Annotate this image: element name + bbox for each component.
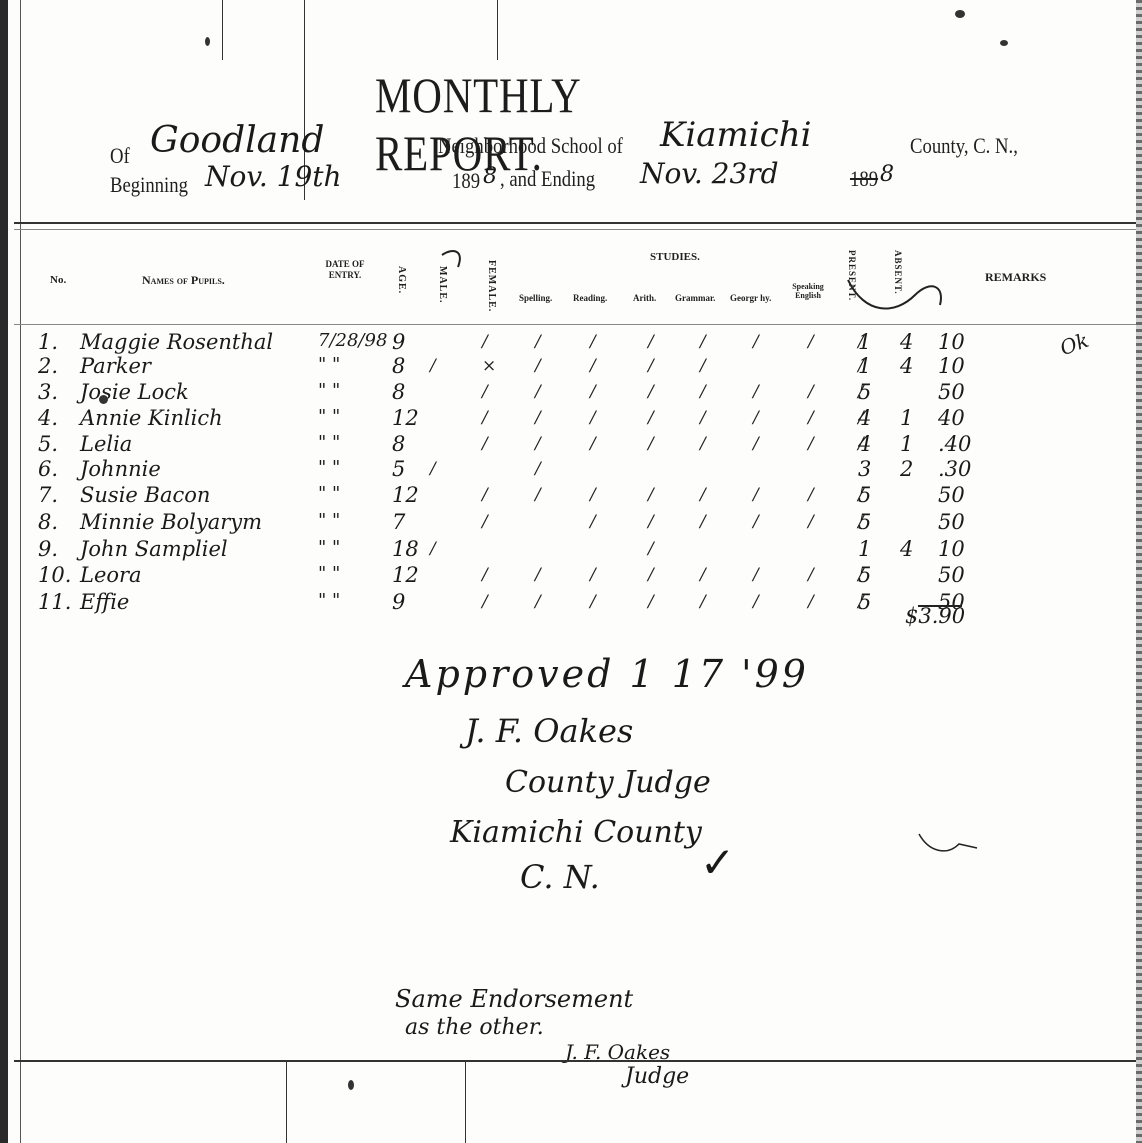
study-mark: / xyxy=(700,356,706,376)
study-mark: / xyxy=(648,382,654,402)
days-present: 1 xyxy=(858,537,871,561)
year-prefix-2: 189 xyxy=(850,166,878,192)
days-absent: 2 xyxy=(900,457,913,481)
year-digit-2: 8 xyxy=(880,162,894,187)
age: 5 xyxy=(392,457,405,481)
study-mark: / xyxy=(590,332,596,352)
page-border-left xyxy=(20,0,21,1143)
study-mark: / xyxy=(535,459,541,479)
study-mark: / xyxy=(753,382,759,402)
scan-speck xyxy=(955,10,965,18)
female-mark: / xyxy=(482,408,488,428)
study-mark: / xyxy=(700,512,706,532)
col-age: AGE. xyxy=(396,266,407,294)
female-mark: / xyxy=(482,434,488,454)
date-of-entry: " " xyxy=(318,457,340,478)
study-mark: / xyxy=(808,434,814,454)
scan-edge-left xyxy=(0,0,8,1143)
remarks-side-mark: Ok xyxy=(1057,328,1092,360)
ending-label: , and Ending xyxy=(500,166,595,192)
row-number: 6. xyxy=(38,457,58,481)
study-mark: / xyxy=(648,592,654,612)
study-mark: / xyxy=(648,332,654,352)
study-mark: / xyxy=(535,434,541,454)
handdrawn-mark-icon xyxy=(915,830,985,860)
study-mark: / xyxy=(648,408,654,428)
date-of-entry: " " xyxy=(318,380,340,401)
rule xyxy=(465,1060,466,1143)
remarks-amount: 50 xyxy=(938,483,965,507)
age: 12 xyxy=(392,563,419,587)
study-mark: / xyxy=(590,434,596,454)
days-present: 5 xyxy=(858,563,871,587)
scan-speck xyxy=(348,1080,354,1090)
study-mark: / xyxy=(808,592,814,612)
pupil-name: Lelia xyxy=(80,432,132,456)
endorsement-line-2: as the other. xyxy=(405,1015,544,1040)
date-of-entry: " " xyxy=(318,432,340,453)
age: 8 xyxy=(392,380,405,404)
handdrawn-curve-icon xyxy=(840,270,950,320)
county-name: Kiamichi xyxy=(660,115,811,155)
study-mark: / xyxy=(590,485,596,505)
scan-speck xyxy=(1000,40,1008,46)
female-mark: / xyxy=(482,565,488,585)
study-mark: / xyxy=(700,485,706,505)
study-mark: / xyxy=(590,512,596,532)
days-present: 1 xyxy=(858,330,871,354)
endorsement-line-1: Same Endorsement xyxy=(395,985,633,1013)
row-number: 4. xyxy=(38,406,58,430)
male-mark: / xyxy=(430,539,436,559)
pupil-name: Minnie Bolyarym xyxy=(80,510,262,534)
study-mark: / xyxy=(700,592,706,612)
age: 12 xyxy=(392,483,419,507)
remarks-amount: 40 xyxy=(938,406,965,430)
study-mark: / xyxy=(590,592,596,612)
remarks-amount: 50 xyxy=(938,380,965,404)
date-of-entry: " " xyxy=(318,406,340,427)
row-number: 5. xyxy=(38,432,58,456)
male-mark: / xyxy=(430,356,436,376)
col-geography: Georgr hy. xyxy=(730,293,771,303)
days-absent: 4 xyxy=(900,354,913,378)
days-present: 4 xyxy=(858,406,871,430)
study-mark: / xyxy=(648,512,654,532)
col-spelling: Spelling. xyxy=(519,293,552,303)
remarks-amount: .40 xyxy=(938,432,971,456)
female-mark: / xyxy=(482,332,488,352)
female-mark: / xyxy=(482,382,488,402)
study-mark: / xyxy=(808,408,814,428)
pupil-name: Annie Kinlich xyxy=(80,406,223,430)
approval-signature: J. F. Oakes xyxy=(465,712,633,750)
study-mark: / xyxy=(700,332,706,352)
days-absent: 1 xyxy=(900,432,913,456)
age: 12 xyxy=(392,406,419,430)
school-name: Goodland xyxy=(150,120,324,161)
days-absent: 4 xyxy=(900,330,913,354)
date-of-entry: " " xyxy=(318,510,340,531)
study-mark: / xyxy=(535,565,541,585)
study-mark: / xyxy=(535,356,541,376)
days-present: 4 xyxy=(858,432,871,456)
days-absent: 1 xyxy=(900,406,913,430)
row-number: 8. xyxy=(38,510,58,534)
date-of-entry: " " xyxy=(318,354,340,375)
remarks-amount: 10 xyxy=(938,354,965,378)
pupil-name: Susie Bacon xyxy=(80,483,210,507)
pupil-name: John Sampliel xyxy=(80,537,228,561)
study-mark: / xyxy=(753,512,759,532)
footer-rule xyxy=(14,1060,1136,1062)
rule xyxy=(286,1060,287,1143)
male-mark: / xyxy=(430,459,436,479)
study-mark: / xyxy=(753,565,759,585)
pupil-name: Effie xyxy=(80,590,129,614)
study-mark: / xyxy=(535,485,541,505)
approved-line: Approved 1 17 '99 xyxy=(405,652,809,696)
study-mark: / xyxy=(700,565,706,585)
age: 18 xyxy=(392,537,419,561)
study-mark: / xyxy=(700,382,706,402)
pupil-name: Josie Lock xyxy=(80,380,189,404)
row-number: 2. xyxy=(38,354,58,378)
row-number: 1. xyxy=(38,330,58,354)
age: 7 xyxy=(392,510,405,534)
age: 9 xyxy=(392,590,405,614)
rule xyxy=(222,0,223,60)
study-mark: / xyxy=(753,332,759,352)
of-label: Of xyxy=(110,143,130,169)
remarks-total: $3.90 xyxy=(905,604,965,628)
col-arith: Arith. xyxy=(633,293,656,303)
remarks-amount: .30 xyxy=(938,457,971,481)
rule xyxy=(497,0,498,60)
study-mark: / xyxy=(535,592,541,612)
col-names: Names of Pupils. xyxy=(142,273,225,288)
days-present: 5 xyxy=(858,380,871,404)
pupil-name: Maggie Rosenthal xyxy=(80,330,273,354)
study-mark: / xyxy=(753,434,759,454)
date-of-entry: " " xyxy=(318,563,340,584)
table-top-rule xyxy=(14,222,1136,224)
header-bottom-rule xyxy=(14,324,1136,325)
study-mark: / xyxy=(648,565,654,585)
pupil-name: Parker xyxy=(80,354,151,378)
scan-speck xyxy=(99,395,108,404)
study-mark: / xyxy=(808,332,814,352)
approval-nation: C. N. xyxy=(520,858,600,896)
date-of-entry: 7/28/98 xyxy=(318,330,387,351)
col-reading: Reading. xyxy=(573,293,607,303)
study-mark: / xyxy=(753,592,759,612)
pupil-name: Johnnie xyxy=(80,457,161,481)
col-female: FEMALE. xyxy=(486,260,497,312)
remarks-amount: 50 xyxy=(938,563,965,587)
date-of-entry: " " xyxy=(318,483,340,504)
col-speaking-english: Speaking English xyxy=(782,282,834,300)
remarks-amount: 10 xyxy=(938,537,965,561)
study-mark: / xyxy=(648,485,654,505)
handdrawn-hook-icon xyxy=(440,245,470,275)
study-mark: / xyxy=(535,332,541,352)
study-mark: / xyxy=(753,408,759,428)
study-mark: / xyxy=(590,408,596,428)
row-number: 11. xyxy=(38,590,71,614)
female-mark: / xyxy=(482,485,488,505)
study-mark: / xyxy=(535,408,541,428)
row-number: 7. xyxy=(38,483,58,507)
days-present: 5 xyxy=(858,483,871,507)
female-mark: / xyxy=(482,512,488,532)
study-mark: / xyxy=(808,485,814,505)
col-studies-group: STUDIES. xyxy=(650,251,700,263)
scan-edge-right xyxy=(1136,0,1142,1143)
days-absent: 4 xyxy=(900,537,913,561)
beginning-label: Beginning xyxy=(110,172,188,198)
remarks-amount: 50 xyxy=(938,510,965,534)
female-mark: / xyxy=(482,592,488,612)
date-of-entry: " " xyxy=(318,537,340,558)
days-present: 1 xyxy=(858,354,871,378)
table-top-rule-2 xyxy=(14,229,1136,230)
study-mark: / xyxy=(648,434,654,454)
county-suffix: County, C. N., xyxy=(910,133,1018,159)
study-mark: / xyxy=(590,565,596,585)
study-mark: / xyxy=(753,485,759,505)
col-grammar: Grammar. xyxy=(675,293,715,303)
beginning-date: Nov. 19th xyxy=(205,160,342,193)
study-mark: / xyxy=(648,356,654,376)
row-number: 9. xyxy=(38,537,58,561)
approval-county: Kiamichi County xyxy=(450,815,702,850)
days-present: 3 xyxy=(858,457,871,481)
remarks-amount: 10 xyxy=(938,330,965,354)
days-present: 5 xyxy=(858,590,871,614)
col-remarks: REMARKS xyxy=(985,270,1046,285)
study-mark: / xyxy=(590,356,596,376)
age: 8 xyxy=(392,354,405,378)
year-digit-1: 8 xyxy=(483,164,497,189)
age: 9 xyxy=(392,330,405,354)
pupil-name: Leora xyxy=(80,563,142,587)
age: 8 xyxy=(392,432,405,456)
study-mark: / xyxy=(700,408,706,428)
year-prefix-1: 189 xyxy=(452,168,480,194)
female-mark: × xyxy=(482,356,496,376)
study-mark: / xyxy=(808,512,814,532)
date-of-entry: " " xyxy=(318,590,340,611)
study-mark: / xyxy=(808,565,814,585)
study-mark: / xyxy=(535,382,541,402)
neighborhood-label: Neighborhood School of xyxy=(438,133,623,159)
study-mark: / xyxy=(590,382,596,402)
study-mark: / xyxy=(700,434,706,454)
endorsement-title: Judge xyxy=(625,1064,689,1089)
row-number: 10. xyxy=(38,563,71,587)
study-mark: / xyxy=(648,539,654,559)
row-number: 3. xyxy=(38,380,58,404)
study-mark: / xyxy=(808,382,814,402)
col-date-of-entry: DATE OF ENTRY. xyxy=(322,259,368,281)
checkmark-icon: ✓ xyxy=(700,838,735,887)
col-no: No. xyxy=(50,274,66,286)
approval-title: County Judge xyxy=(505,765,711,800)
ending-date: Nov. 23rd xyxy=(640,157,779,190)
scan-speck xyxy=(205,37,210,46)
days-present: 5 xyxy=(858,510,871,534)
